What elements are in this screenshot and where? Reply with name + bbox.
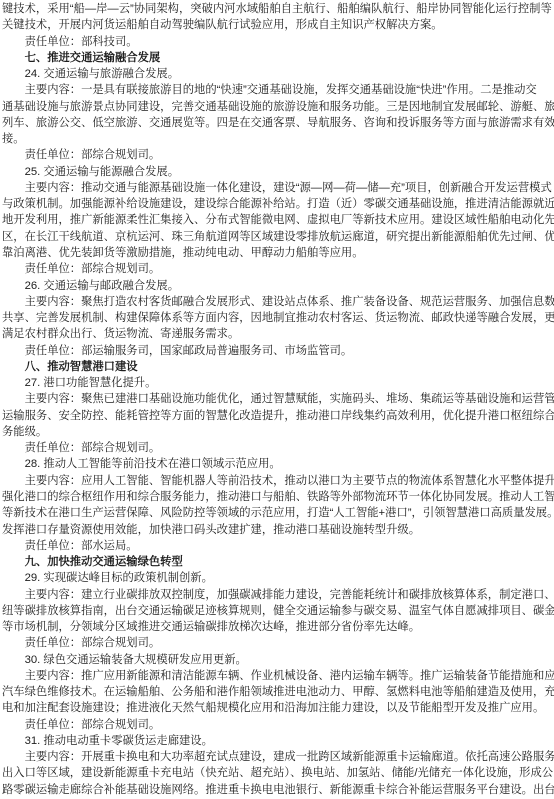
text-line: 靠泊离港、优先装卸货等激励措施，推动纯电动、甲醇动力船舶等应用。 <box>2 245 552 261</box>
text-line: 电和加注配套设施建设；推进液化天然气船规模化应用和沿海加注能力建设，以及节能船型… <box>2 700 552 716</box>
section-header-line: 九、加快推动交通运输绿色转型 <box>2 554 552 570</box>
responsible-unit-line: 责任单位：部综合规划司。 <box>2 717 552 733</box>
responsible-unit-line: 责任单位：部综合规划司。 <box>2 261 552 277</box>
section-header-line: 八、推动智慧港口建设 <box>2 359 552 375</box>
content-line: 主要内容：建立行业碳排放双控制度，加强碳减排能力建设，完善能耗统计和碳排放核算体… <box>2 587 552 603</box>
text-line: 纽等碳排放核算指南，出台交通运输碳足迹核算规则，健全交通运输参与碳交易、温室气体… <box>2 603 552 619</box>
text-line: 发挥港口存量资源使用效能，加快港口码头改建扩建，推动港口基础设施转型升级。 <box>2 522 552 538</box>
text-line: 通基础设施与旅游景点协同建设，完善交通基础设施的旅游设施和服务功能。三是因地制宜… <box>2 99 552 115</box>
text-line: 强化港口的综合枢纽作用和综合服务能力，推动港口与船舶、铁路等外部物流环节一体化协… <box>2 489 552 505</box>
responsible-unit-line: 责任单位：部水运局。 <box>2 538 552 554</box>
item-title-line: 24. 交通运输与旅游融合发展。 <box>2 66 552 82</box>
responsible-unit-line: 责任单位：部运输服务司，国家邮政局普遍服务司、市场监管司。 <box>2 343 552 359</box>
text-line: 务能级。 <box>2 424 552 440</box>
text-line: 等新技术在港口生产运营保障、风险防控等领域的示范应用，打造“人工智能+港口”，引… <box>2 505 552 521</box>
responsible-unit-line: 责任单位：部综合规划司。 <box>2 147 552 163</box>
text-line: 接。 <box>2 131 552 147</box>
section-header-line: 七、推进交通运输融合发展 <box>2 50 552 66</box>
content-line: 主要内容：聚焦已建港口基础设施功能优化，通过智慧赋能，实施码头、堆场、集疏运等基… <box>2 391 552 407</box>
item-title-line: 28. 推动人工智能等前沿技术在港口领域示范应用。 <box>2 456 552 472</box>
text-line: 地开发利用，推广新能源柔性汇集接入、分布式智能微电网、虚拟电厂等新技术应用。建设… <box>2 212 552 228</box>
text-line: 区，在长江干线航道、京杭运河、珠三角航道网等区域建设零排放航运廊道，研究提出新能… <box>2 229 552 245</box>
policy-document-page: 键技术，采用“船—岸—云”协同架构，突破内河水域船舶自主航行、船舶编队航行、船岸… <box>0 0 554 799</box>
text-line: 满足农村群众出行、货运物流、寄递服务需求。 <box>2 326 552 342</box>
item-title-line: 27. 港口功能智慧化提升。 <box>2 375 552 391</box>
text-line: 与政策机制。加强能源补给设施建设，建设综合能源补给站。打造（近）零碳交通基础设施… <box>2 196 552 212</box>
content-line: 主要内容：聚焦打造农村客货邮融合发展形式、建设站点体系、推广装备设备、规范运营服… <box>2 294 552 310</box>
content-line: 主要内容：应用人工智能、智能机器人等前沿技术，推动以港口为主要节点的物流体系智慧… <box>2 473 552 489</box>
text-line: 键技术，采用“船—岸—云”协同架构，突破内河水域船舶自主航行、船舶编队航行、船岸… <box>2 1 552 17</box>
item-title-line: 30. 绿色交通运输装备大规模研发应用更新。 <box>2 652 552 668</box>
text-line: 路零碳运输走廊综合补能基础设施网络。推进重卡换电电池银行、新能源重卡综合补能运营… <box>2 782 552 798</box>
content-line: 主要内容：推广应用新能源和清洁能源车辆、作业机械设备、港内运输车辆等。推广运输装… <box>2 668 552 684</box>
content-line: 主要内容：开展重卡换电和大功率超充试点建设，建成一批跨区域新能源重卡运输廊道。依… <box>2 749 552 765</box>
document-body: 键技术，采用“船—岸—云”协同架构，突破内河水域船舶自主航行、船舶编队航行、船岸… <box>2 1 552 798</box>
text-line: 运输服务、安全防控、能耗管控等方面的智慧化改造提升，推动港口岸线集约高效利用，优… <box>2 408 552 424</box>
item-title-line: 25. 交通运输与能源融合发展。 <box>2 164 552 180</box>
item-title-line: 26. 交通运输与邮政融合发展。 <box>2 278 552 294</box>
text-line: 等市场机制，分领域分区域推进交通运输碳排放梯次达峰，推进部分省份率先达峰。 <box>2 619 552 635</box>
text-line: 汽车绿色维修技术。在运输船舶、公务船和港作船领域推进电池动力、甲醇、氢燃料电池等… <box>2 684 552 700</box>
responsible-unit-line: 责任单位：部综合规划司。 <box>2 440 552 456</box>
responsible-unit-line: 责任单位：部综合规划司。 <box>2 635 552 651</box>
text-line: 列车、旅游公交、低空旅游、交通展览等。四是在交通客票、导航服务、咨询和投诉服务等… <box>2 115 552 131</box>
item-title-line: 29. 实现碳达峰目标的政策机制创新。 <box>2 570 552 586</box>
responsible-unit-line: 责任单位：部科技司。 <box>2 34 552 50</box>
text-line: 出入口等区域，建设新能源重卡充电站（快充站、超充站）、换电站、加氢站、储能/光储… <box>2 765 552 781</box>
content-line: 主要内容：一是具有联接旅游目的地的“快速”交通基础设施，发挥交通基础设施“快进”… <box>2 82 552 98</box>
item-title-line: 31. 推动电动重卡零碳货运走廊建设。 <box>2 733 552 749</box>
text-line: 共享、完善发展机制、构建保障体系等方面内容，因地制宜推动农村客运、货运物流、邮政… <box>2 310 552 326</box>
text-line: 关键技术，开展内河货运船舶自动驾驶编队航行试验应用，形成自主知识产权解决方案。 <box>2 17 552 33</box>
content-line: 主要内容：推动交通与能源基础设施一体化建设，建设“源—网—荷—储—充”项目，创新… <box>2 180 552 196</box>
